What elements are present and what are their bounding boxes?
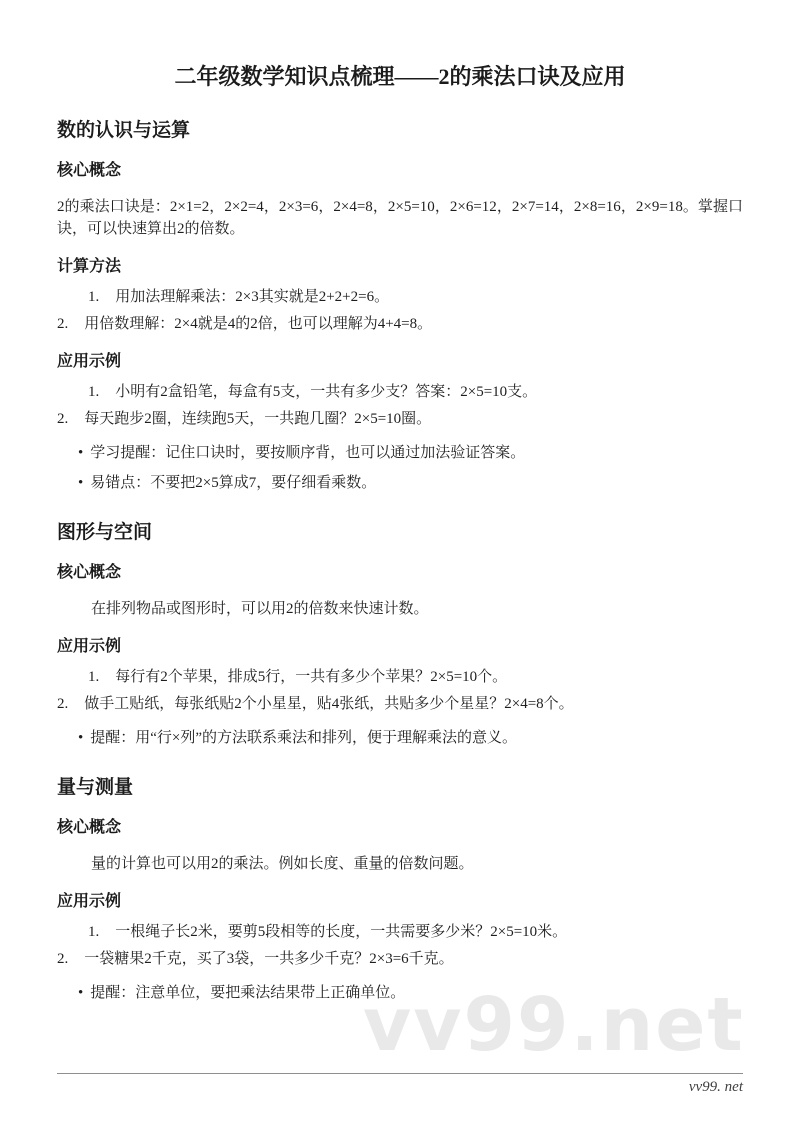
list-item-number: 2. bbox=[57, 313, 68, 335]
bullet-icon: • bbox=[78, 472, 83, 494]
section: 量与测量核心概念量的计算也可以用2的乘法。例如长度、重量的倍数问题。应用示例1.… bbox=[57, 775, 743, 1004]
section: 数的认识与运算核心概念2的乘法口诀是：2×1=2，2×2=4，2×3=6，2×4… bbox=[57, 118, 743, 494]
subsection-heading: 应用示例 bbox=[57, 891, 743, 913]
doc-title: 二年级数学知识点梳理——2的乘法口诀及应用 bbox=[57, 62, 743, 92]
subsection-heading: 应用示例 bbox=[57, 351, 743, 373]
list-item: 2.用倍数理解：2×4就是4的2倍，也可以理解为4+4=8。 bbox=[57, 313, 743, 335]
list-item-number: 1. bbox=[88, 666, 99, 688]
list-item: 1.每行有2个苹果，排成5行，一共有多少个苹果？2×5=10个。 bbox=[88, 666, 743, 688]
paragraph: 2的乘法口诀是：2×1=2，2×2=4，2×3=6，2×4=8，2×5=10，2… bbox=[57, 196, 743, 240]
list-item: 1.小明有2盒铅笔，每盒有5支，一共有多少支？答案：2×5=10支。 bbox=[88, 381, 743, 403]
document-page: vv99.net 二年级数学知识点梳理——2的乘法口诀及应用 数的认识与运算核心… bbox=[0, 0, 800, 1130]
list-item-number: 2. bbox=[57, 948, 68, 970]
subsection-heading: 计算方法 bbox=[57, 256, 743, 278]
list-item-number: 2. bbox=[57, 693, 68, 715]
subsection-heading: 核心概念 bbox=[57, 562, 743, 584]
list-item-text: 学习提醒：记住口诀时，要按顺序背，也可以通过加法验证答案。 bbox=[90, 442, 525, 464]
list-item: •学习提醒：记住口诀时，要按顺序背，也可以通过加法验证答案。 bbox=[78, 442, 743, 464]
bullet-list: •提醒：注意单位，要把乘法结果带上正确单位。 bbox=[57, 982, 743, 1004]
list-item-text: 每行有2个苹果，排成5行，一共有多少个苹果？2×5=10个。 bbox=[115, 666, 507, 688]
section-heading: 数的认识与运算 bbox=[57, 118, 743, 144]
section-heading: 量与测量 bbox=[57, 775, 743, 801]
list-item: 2.做手工贴纸，每张纸贴2个小星星，贴4张纸，共贴多少个星星？2×4=8个。 bbox=[57, 693, 743, 715]
list-item: 2.一袋糖果2千克，买了3袋，一共多少千克？2×3=6千克。 bbox=[57, 948, 743, 970]
list-item-text: 提醒：注意单位，要把乘法结果带上正确单位。 bbox=[90, 982, 405, 1004]
document-body: 二年级数学知识点梳理——2的乘法口诀及应用 数的认识与运算核心概念2的乘法口诀是… bbox=[57, 0, 743, 1012]
list-item: •提醒：用“行×列”的方法联系乘法和排列，便于理解乘法的意义。 bbox=[78, 727, 743, 749]
section-heading: 图形与空间 bbox=[57, 520, 743, 546]
subsection-heading: 核心概念 bbox=[57, 160, 743, 182]
list-item: 1.用加法理解乘法：2×3其实就是2+2+2=6。 bbox=[88, 286, 743, 308]
paragraph: 在排列物品或图形时，可以用2的倍数来快速计数。 bbox=[57, 598, 743, 620]
list-item: •易错点：不要把2×5算成7，要仔细看乘数。 bbox=[78, 472, 743, 494]
paragraph: 量的计算也可以用2的乘法。例如长度、重量的倍数问题。 bbox=[57, 853, 743, 875]
numbered-list: 1.一根绳子长2米，要剪5段相等的长度，一共需要多少米？2×5=10米。2.一袋… bbox=[57, 921, 743, 970]
bullet-icon: • bbox=[78, 982, 83, 1004]
list-item: 2.每天跑步2圈，连续跑5天，一共跑几圈？2×5=10圈。 bbox=[57, 408, 743, 430]
numbered-list: 1.每行有2个苹果，排成5行，一共有多少个苹果？2×5=10个。2.做手工贴纸，… bbox=[57, 666, 743, 715]
footer-site-text: vv99. net bbox=[689, 1077, 743, 1097]
numbered-list: 1.用加法理解乘法：2×3其实就是2+2+2=6。2.用倍数理解：2×4就是4的… bbox=[57, 286, 743, 335]
list-item-text: 易错点：不要把2×5算成7，要仔细看乘数。 bbox=[90, 472, 376, 494]
bullet-list: •提醒：用“行×列”的方法联系乘法和排列，便于理解乘法的意义。 bbox=[57, 727, 743, 749]
list-item-number: 1. bbox=[88, 381, 99, 403]
list-item-text: 提醒：用“行×列”的方法联系乘法和排列，便于理解乘法的意义。 bbox=[90, 727, 517, 749]
footer-divider bbox=[57, 1073, 743, 1074]
section: 图形与空间核心概念在排列物品或图形时，可以用2的倍数来快速计数。应用示例1.每行… bbox=[57, 520, 743, 749]
list-item-number: 1. bbox=[88, 921, 99, 943]
list-item-text: 用加法理解乘法：2×3其实就是2+2+2=6。 bbox=[115, 286, 389, 308]
list-item-text: 小明有2盒铅笔，每盒有5支，一共有多少支？答案：2×5=10支。 bbox=[115, 381, 537, 403]
bullet-list: •学习提醒：记住口诀时，要按顺序背，也可以通过加法验证答案。•易错点：不要把2×… bbox=[57, 442, 743, 494]
sections-container: 数的认识与运算核心概念2的乘法口诀是：2×1=2，2×2=4，2×3=6，2×4… bbox=[57, 118, 743, 1004]
subsection-heading: 应用示例 bbox=[57, 636, 743, 658]
list-item-number: 2. bbox=[57, 408, 68, 430]
list-item-text: 一根绳子长2米，要剪5段相等的长度，一共需要多少米？2×5=10米。 bbox=[115, 921, 567, 943]
list-item: 1.一根绳子长2米，要剪5段相等的长度，一共需要多少米？2×5=10米。 bbox=[88, 921, 743, 943]
bullet-icon: • bbox=[78, 442, 83, 464]
list-item-text: 用倍数理解：2×4就是4的2倍，也可以理解为4+4=8。 bbox=[84, 313, 432, 335]
subsection-heading: 核心概念 bbox=[57, 817, 743, 839]
numbered-list: 1.小明有2盒铅笔，每盒有5支，一共有多少支？答案：2×5=10支。2.每天跑步… bbox=[57, 381, 743, 430]
list-item-text: 做手工贴纸，每张纸贴2个小星星，贴4张纸，共贴多少个星星？2×4=8个。 bbox=[84, 693, 573, 715]
list-item-number: 1. bbox=[88, 286, 99, 308]
list-item: •提醒：注意单位，要把乘法结果带上正确单位。 bbox=[78, 982, 743, 1004]
list-item-text: 每天跑步2圈，连续跑5天，一共跑几圈？2×5=10圈。 bbox=[84, 408, 431, 430]
bullet-icon: • bbox=[78, 727, 83, 749]
list-item-text: 一袋糖果2千克，买了3袋，一共多少千克？2×3=6千克。 bbox=[84, 948, 453, 970]
